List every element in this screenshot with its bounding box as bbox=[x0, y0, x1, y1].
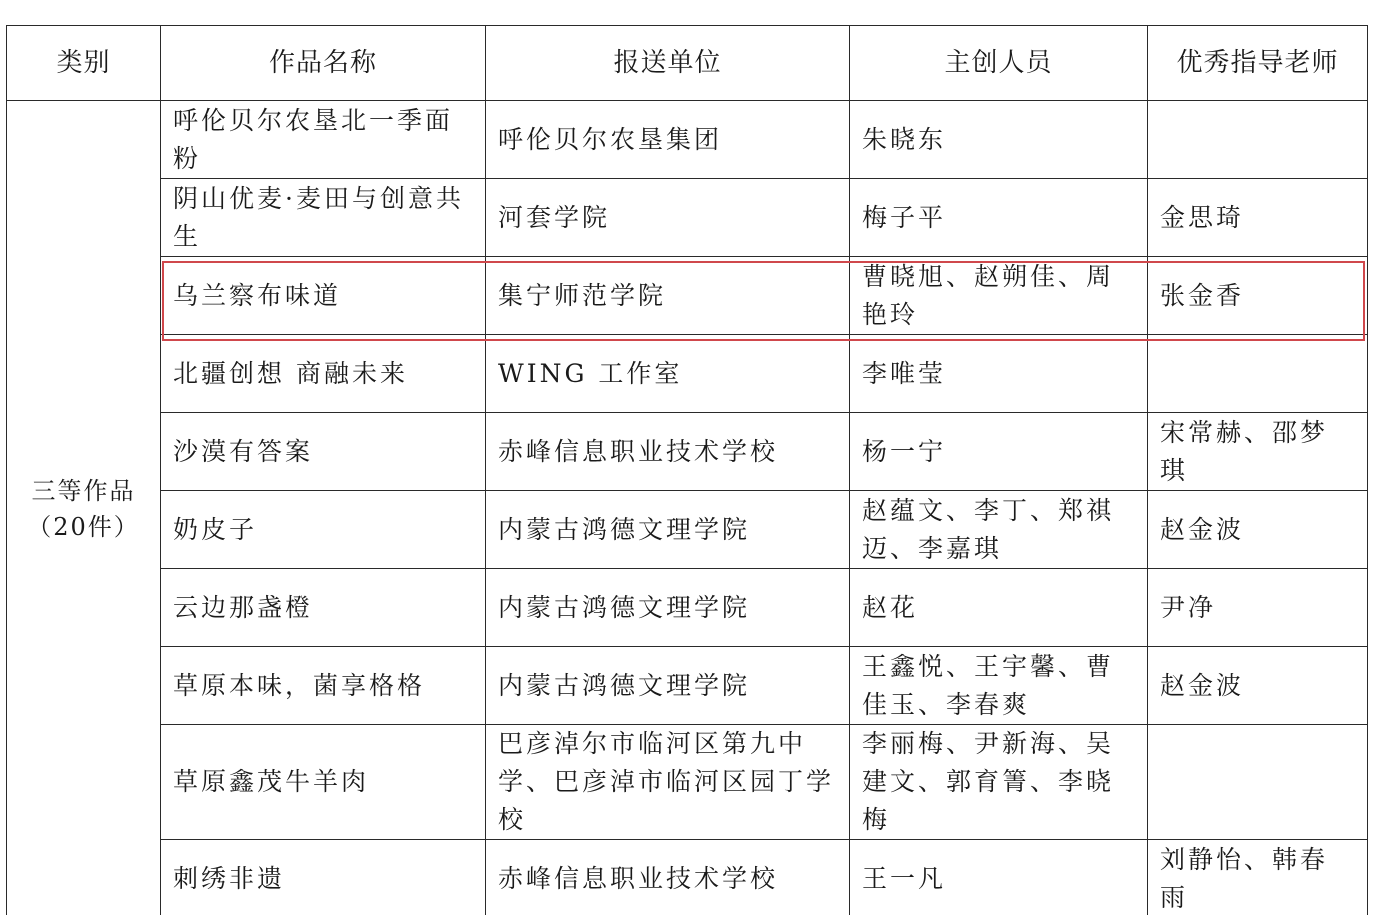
creators: 曹晓旭、赵朔佳、周艳玲 bbox=[850, 257, 1148, 335]
submitting-unit: 呼伦贝尔农垦集团 bbox=[486, 101, 850, 179]
mentor bbox=[1148, 335, 1368, 413]
table-row: 奶皮子 内蒙古鸿德文理学院 赵蕴文、李丁、郑祺迈、李嘉琪 赵金波 bbox=[7, 491, 1368, 569]
work-name: 奶皮子 bbox=[161, 491, 486, 569]
creators: 赵蕴文、李丁、郑祺迈、李嘉琪 bbox=[850, 491, 1148, 569]
submitting-unit: 巴彦淖尔市临河区第九中学、巴彦淖市临河区园丁学校 bbox=[486, 725, 850, 840]
table-row: 草原鑫茂牛羊肉 巴彦淖尔市临河区第九中学、巴彦淖市临河区园丁学校 李丽梅、尹新海… bbox=[7, 725, 1368, 840]
mentor: 赵金波 bbox=[1148, 491, 1368, 569]
creators: 朱晓东 bbox=[850, 101, 1148, 179]
header-row: 类别 作品名称 报送单位 主创人员 优秀指导老师 bbox=[7, 26, 1368, 101]
mentor bbox=[1148, 725, 1368, 840]
category-label: 三等作品 bbox=[11, 473, 156, 509]
mentor bbox=[1148, 101, 1368, 179]
mentor: 尹净 bbox=[1148, 569, 1368, 647]
creators: 王鑫悦、王宇馨、曹佳玉、李春爽 bbox=[850, 647, 1148, 725]
mentor: 刘静怡、韩春雨 bbox=[1148, 840, 1368, 915]
submitting-unit: WING 工作室 bbox=[486, 335, 850, 413]
table-row: 云边那盏橙 内蒙古鸿德文理学院 赵花 尹净 bbox=[7, 569, 1368, 647]
submitting-unit: 内蒙古鸿德文理学院 bbox=[486, 647, 850, 725]
creators: 李唯莹 bbox=[850, 335, 1148, 413]
table-row: 北疆创想 商融未来 WING 工作室 李唯莹 bbox=[7, 335, 1368, 413]
work-name: 草原本味，菌享格格 bbox=[161, 647, 486, 725]
mentor: 张金香 bbox=[1148, 257, 1368, 335]
mentor: 赵金波 bbox=[1148, 647, 1368, 725]
work-name: 北疆创想 商融未来 bbox=[161, 335, 486, 413]
creators: 赵花 bbox=[850, 569, 1148, 647]
table-row: 草原本味，菌享格格 内蒙古鸿德文理学院 王鑫悦、王宇馨、曹佳玉、李春爽 赵金波 bbox=[7, 647, 1368, 725]
work-name: 沙漠有答案 bbox=[161, 413, 486, 491]
category-count: （20件） bbox=[11, 509, 156, 545]
table-row: 三等作品 （20件） 呼伦贝尔农垦北一季面粉 呼伦贝尔农垦集团 朱晓东 bbox=[7, 101, 1368, 179]
header-mentor: 优秀指导老师 bbox=[1148, 26, 1368, 101]
mentor: 金思琦 bbox=[1148, 179, 1368, 257]
submitting-unit: 集宁师范学院 bbox=[486, 257, 850, 335]
table-row-highlighted: 乌兰察布味道 集宁师范学院 曹晓旭、赵朔佳、周艳玲 张金香 bbox=[7, 257, 1368, 335]
creators: 李丽梅、尹新海、吴建文、郭育箐、李晓梅 bbox=[850, 725, 1148, 840]
work-name: 呼伦贝尔农垦北一季面粉 bbox=[161, 101, 486, 179]
mentor: 宋常赫、邵梦琪 bbox=[1148, 413, 1368, 491]
submitting-unit: 内蒙古鸿德文理学院 bbox=[486, 491, 850, 569]
header-category: 类别 bbox=[7, 26, 161, 101]
creators: 梅子平 bbox=[850, 179, 1148, 257]
work-name: 刺绣非遗 bbox=[161, 840, 486, 915]
creators: 王一凡 bbox=[850, 840, 1148, 915]
creators: 杨一宁 bbox=[850, 413, 1148, 491]
work-name: 乌兰察布味道 bbox=[161, 257, 486, 335]
table-row: 刺绣非遗 赤峰信息职业技术学校 王一凡 刘静怡、韩春雨 bbox=[7, 840, 1368, 915]
submitting-unit: 赤峰信息职业技术学校 bbox=[486, 413, 850, 491]
header-creators: 主创人员 bbox=[850, 26, 1148, 101]
header-work-name: 作品名称 bbox=[161, 26, 486, 101]
submitting-unit: 内蒙古鸿德文理学院 bbox=[486, 569, 850, 647]
submitting-unit: 河套学院 bbox=[486, 179, 850, 257]
category-cell: 三等作品 （20件） bbox=[7, 101, 161, 915]
work-name: 云边那盏橙 bbox=[161, 569, 486, 647]
submitting-unit: 赤峰信息职业技术学校 bbox=[486, 840, 850, 915]
awards-table: 类别 作品名称 报送单位 主创人员 优秀指导老师 三等作品 （20件） 呼伦贝尔… bbox=[6, 25, 1368, 915]
table-row: 阴山优麦·麦田与创意共生 河套学院 梅子平 金思琦 bbox=[7, 179, 1368, 257]
work-name: 阴山优麦·麦田与创意共生 bbox=[161, 179, 486, 257]
table-row: 沙漠有答案 赤峰信息职业技术学校 杨一宁 宋常赫、邵梦琪 bbox=[7, 413, 1368, 491]
work-name: 草原鑫茂牛羊肉 bbox=[161, 725, 486, 840]
header-submitting-unit: 报送单位 bbox=[486, 26, 850, 101]
